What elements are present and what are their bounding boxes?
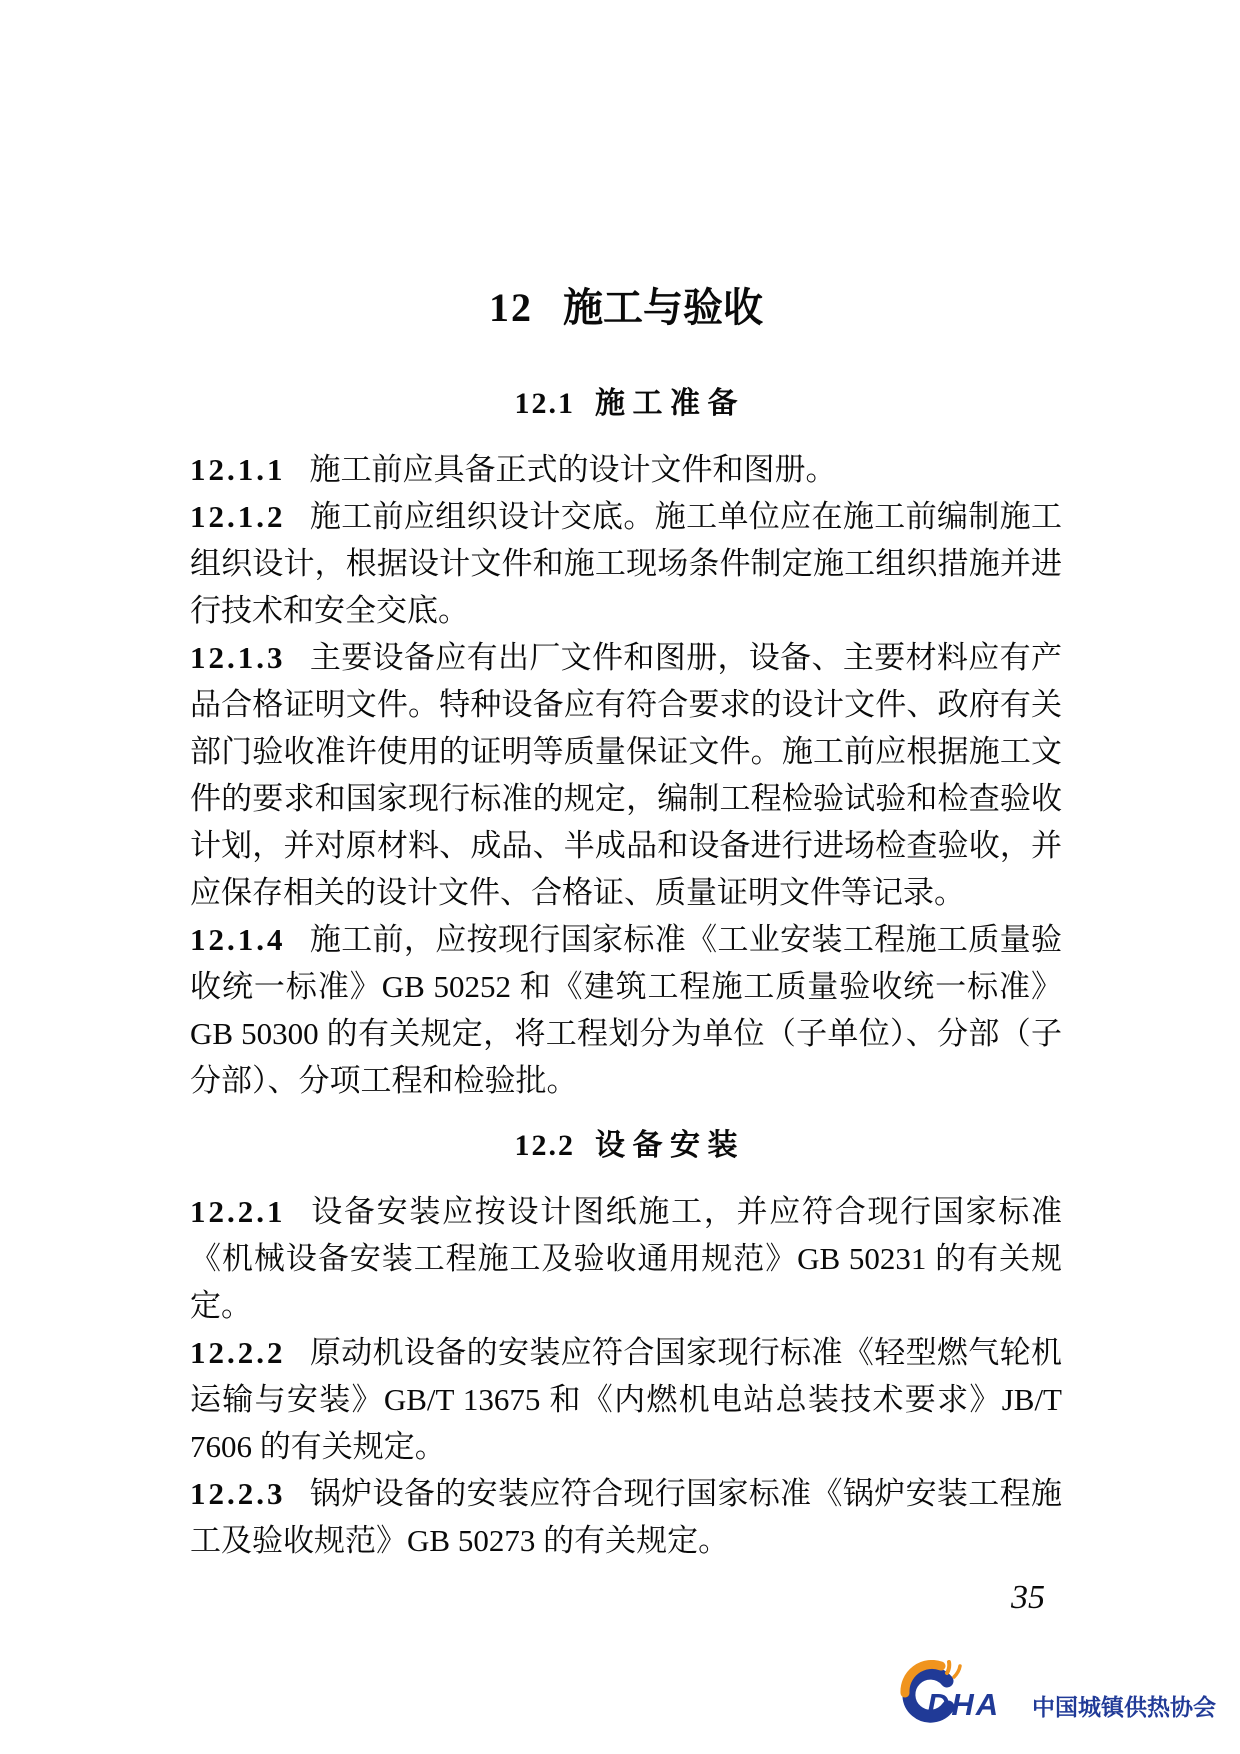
cdha-association-logo: DHA 中国城镇供热协会: [898, 1660, 1228, 1744]
section-12-2-body: 12.2.1设备安装应按设计图纸施工，并应符合现行国家标准《机械设备安装工程施工…: [190, 1188, 1062, 1564]
chapter-title-text: 施工与验收: [563, 285, 763, 330]
clause-12-1-2: 12.1.2施工前应组织设计交底。施工单位应在施工前编制施工组织设计，根据设计文…: [190, 493, 1062, 634]
page-number: 35: [985, 1578, 1071, 1618]
clause-12-1-4: 12.1.4施工前，应按现行国家标准《工业安装工程施工质量验收统一标准》GB 5…: [190, 916, 1062, 1104]
section-title-text: 设 备 安 装: [595, 1129, 738, 1162]
section-heading-12-2: 12.2设 备 安 装: [190, 1126, 1062, 1166]
clause-number: 12.1.4: [190, 922, 286, 957]
clause-text: 设备安装应按设计图纸施工，并应符合现行国家标准《机械设备安装工程施工及验收通用规…: [190, 1194, 1062, 1323]
clause-12-1-1: 12.1.1施工前应具备正式的设计文件和图册。: [190, 446, 1062, 493]
clause-number: 12.2.2: [190, 1335, 286, 1370]
clause-text: 锅炉设备的安装应符合现行国家标准《锅炉安装工程施工及验收规范》GB 50273 …: [190, 1476, 1062, 1558]
clause-number: 12.2.3: [190, 1476, 286, 1511]
clause-number: 12.2.1: [190, 1194, 286, 1229]
clause-12-2-1: 12.2.1设备安装应按设计图纸施工，并应符合现行国家标准《机械设备安装工程施工…: [190, 1188, 1062, 1329]
clause-12-2-3: 12.2.3锅炉设备的安装应符合现行国家标准《锅炉安装工程施工及验收规范》GB …: [190, 1470, 1062, 1564]
clause-12-2-2: 12.2.2原动机设备的安装应符合国家现行标准《轻型燃气轮机运输与安装》GB/T…: [190, 1329, 1062, 1470]
clause-number: 12.1.2: [190, 499, 286, 534]
logo-org-name: 中国城镇供热协会: [1032, 1693, 1216, 1721]
clause-number: 12.1.1: [190, 452, 286, 487]
clause-text: 原动机设备的安装应符合国家现行标准《轻型燃气轮机运输与安装》GB/T 13675…: [190, 1335, 1062, 1464]
section-number: 12.2: [515, 1129, 576, 1162]
clause-12-1-3: 12.1.3主要设备应有出厂文件和图册，设备、主要材料应有产品合格证明文件。特种…: [190, 634, 1062, 916]
document-page: 12施工与验收 12.1施 工 准 备 12.1.1施工前应具备正式的设计文件和…: [0, 0, 1240, 1754]
section-number: 12.1: [515, 387, 576, 420]
chapter-number: 12: [489, 285, 533, 330]
clause-text: 主要设备应有出厂文件和图册，设备、主要材料应有产品合格证明文件。特种设备应有符合…: [190, 640, 1062, 910]
chapter-title: 12施工与验收: [190, 284, 1062, 332]
clause-text: 施工前应组织设计交底。施工单位应在施工前编制施工组织设计，根据设计文件和施工现场…: [190, 499, 1062, 628]
logo-acronym-text: DHA: [927, 1688, 1000, 1722]
clause-text: 施工前，应按现行国家标准《工业安装工程施工质量验收统一标准》GB 50252 和…: [190, 922, 1062, 1098]
clause-number: 12.1.3: [190, 640, 286, 675]
clause-text: 施工前应具备正式的设计文件和图册。: [310, 452, 837, 487]
section-title-text: 施 工 准 备: [595, 387, 738, 420]
section-heading-12-1: 12.1施 工 准 备: [190, 384, 1062, 424]
section-12-1-body: 12.1.1施工前应具备正式的设计文件和图册。 12.1.2施工前应组织设计交底…: [190, 446, 1062, 1104]
